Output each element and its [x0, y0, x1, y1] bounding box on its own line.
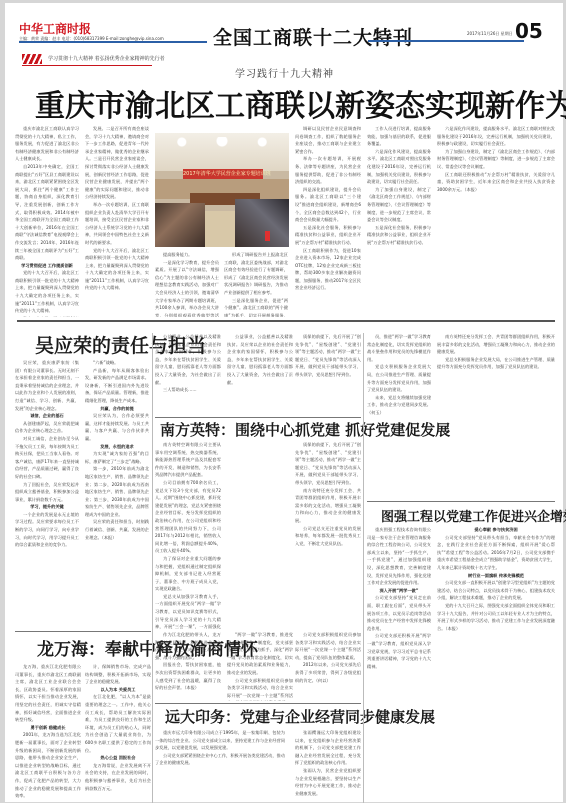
paragraph: 吴应荣的责任和担当，时刻践行着诚信、创新、共赢、发展的企业理念。（本报） [85, 518, 149, 541]
longwanhai-column-1: 龙万海，重庆江北化肥有限公司董事长，重庆市渝北区工商联副主席，渝北区工业企业联合… [15, 663, 81, 798]
subheading: 爱心奉献 参与扶贫济困 [437, 526, 555, 534]
paragraph: 未来，党总支将继续加强党建工作，推动企业与党建同步发展。（何玉） [367, 394, 431, 417]
paragraph: 发布一个文件，区工商联制定印发《关于认真学习宣传贯彻党的十九大精神的通知》，要求… [15, 315, 79, 317]
paragraph: 公司党支部还积极开展“两学一做”学习教育，组织党员深入学习党章党规，学习习近平总… [367, 632, 431, 670]
nanfang-column-2: 质保的前提下，先后开展了“创先争优”、“星级创建”、“党建引领”等主题活动，推动… [295, 441, 361, 631]
subheading: 深入开展“两学一做” [367, 587, 431, 595]
paragraph: 公益事业，公益慈善以及精准扶贫。吴应荣以企业的社会责任和企业家的家国情怀，积极参… [227, 333, 293, 386]
paragraph: 2001年，龙万海当选为江北化肥新一届董事长，面对了企业转型升级的新困局，不断创… [15, 731, 81, 798]
lead-column-3: 提高服务能力。 一是深化学习教育，提升会员素质。开展了以“守法诚信，增强信心”为… [155, 251, 219, 317]
paragraph: “六新”战略。 [85, 359, 149, 367]
article-title-tuqiang: 图强工程以党建工作促进兴企增效 [381, 506, 566, 525]
paragraph: 计，保障销售市场、完成产品结构调整，积极开拓新市场，实现了企业的稳健发展。 [85, 663, 151, 686]
paragraph: 员，推进“两学一做”学习教育常态化制度化，切实发挥党组织的战斗堡垒作用和党员的先… [367, 333, 431, 363]
paragraph: 张雨认为，民营企业党组织要与企业发展相融合，要坚持以生产经营为中心开展党建工作，… [295, 767, 361, 797]
wu-column-2: “六新”战略。 产品新，每年从顾客体验出发，研发新的产品满足市场需求。设备新，不… [85, 359, 149, 629]
column-rule [152, 333, 153, 802]
strap-rule [22, 65, 152, 66]
paragraph: 为了保证对企业重大问题的参与和把握，党组织通过制定组织保障机制，党支部书记进入经… [155, 555, 221, 593]
yuanda-column-2: 张雨樱谨远大印务党组织建设以来，在党组织参与企业经营决策的机制下，公司党支部把党… [295, 729, 361, 797]
paragraph: 龙万海，重庆江北化肥有限公司董事长，重庆市渝北区工商联副主席，渝北区工业企业联合… [15, 663, 81, 724]
paragraph: 重庆市远大印务有限公司成立于1995年，是一家集印刷、包装为一体的综合性企业。公… [155, 729, 285, 752]
nanfang-lead-column: 公益事业，公益慈善以及精准扶贫。吴应荣以企业的社会责任和企业家的家国情怀，积极参… [227, 333, 293, 417]
paragraph: 重庆图强工程技术咨询有限公司是一家专注于企业管理咨询服务的综合性工程咨询公司，公… [367, 526, 431, 587]
paragraph: 举办一次专题培训，开展税务、法律等专题讲座，为民营企业服务提供帮助，促进了非公有… [295, 155, 361, 185]
page-number: 05 [515, 19, 543, 43]
newspaper-page: 中华工商时报 主编：黄荣 责编：赵丰 电话：(010)68317399 E-ma… [5, 3, 563, 802]
paragraph: 在江北化肥，“以人为本”是最重要的理念之一。工作中，他关心员工成长，帮助员工解决… [85, 693, 151, 754]
article-title-longwanhai: 龙万海：奉献中释放渝商情怀 [37, 635, 258, 660]
masthead-rule [19, 41, 207, 43]
paragraph: 吴应荣认为，合作必须要共赢，这样才能持续发展。与员工共赢、与客户共赢、与合作伙伴… [85, 412, 149, 442]
paragraph: 党总支从加强学习教育入手，一方面组织开展党员“两学一做”学习教育，以党员知识竞赛… [155, 593, 221, 631]
paragraph: 五是深化社会服务，积极参与精准扶贫和公益事业，组织企业开展“万企帮万村”精准扶贫… [295, 224, 361, 247]
lead-kicker: 学习践行十九大精神 [235, 65, 334, 80]
paragraph: 对员工诚信，企业创办至今从不拖欠员工工资，每年按期为员工购买社保，把员工当家人看… [15, 435, 79, 481]
section-divider [17, 320, 555, 322]
paragraph: 四是深化组织建设，提升会员服务。渝北区工商联以“三个建设”推进商会组织建设，新增… [295, 186, 361, 224]
paragraph: 形成了调研报告并上报渝北区工商联，渝北区委统战部，对渝北区商会有效经验进行了专题… [224, 251, 288, 297]
tuqiang-column-1: 重庆图强工程技术咨询有限公司是一家专注于企业管理咨询服务的综合性工程咨询公司，公… [367, 526, 431, 796]
paragraph: 六是深化作风建设，提高服务水平。渝北区工商联对照出发服务化建设于2016年设，完… [437, 125, 555, 148]
nanfang-upper-column: 质保的前提下，先后开展了“创先争优”、“星级创建”、“党建引领”等主题活动，推动… [295, 333, 361, 417]
subheading: 学习贯彻促进 工作提质创新 [15, 262, 79, 270]
paper-name: 中华工商时报 [19, 23, 209, 36]
article-divider [367, 501, 555, 502]
paragraph: 发展。二是召开所有商会座谈会，学习十九大精神，邀请商会对下一步工作思路，促进青年… [85, 125, 149, 201]
lead-column-6: 工作人员进行培训，提高服务效能，加强与基层的联系，促进服务覆盖。 六是深化作风建… [367, 125, 431, 317]
paragraph: 党总支积极服务企业发展大局，在公司推进生产管理、质量提升等方面充分发挥党员作用，… [367, 363, 431, 393]
paragraph: 产品新，每年从顾客体验出发，研发新的产品满足市场需求。设备新，不断引进国内外先进… [85, 367, 149, 405]
paragraph: 党的十九大召开之际，图强党支部全面组织全体党员和职工学习十九大报告，并针对公司员… [437, 602, 555, 632]
wu-column-1: 吴应荣，重庆康萨家纺（集团）有限公司董事长。无时无刻不在承担着企业家的责任和担当… [15, 359, 79, 567]
section-title: 全国工商联十二大特刊 [213, 23, 413, 50]
paragraph: 一是深化学习教育，提升会员素质。开展了以“守法诚信，增强信心”为主题的非公有制经… [155, 259, 219, 317]
article-divider [155, 417, 361, 418]
ceiling-lights [155, 137, 289, 147]
paragraph: 第一步，2010年前成为渝北地区家纺生产、销售、品牌领先企业；第二步，2020年… [85, 465, 149, 518]
subheading: 树行业一面旗帜 传承先锋模范 [437, 572, 555, 580]
masthead: 中华工商时报 主编：黄荣 责编：赵丰 电话：(010)68317399 E-ma… [19, 23, 209, 42]
column-rule [363, 333, 364, 802]
paragraph: 公司党总支还注重党员的发展和培养，每年都发展一批优秀员工入党，不断壮大党员队伍。 [295, 525, 361, 548]
paragraph: 调研以及民营企业民意调查和问卷调查工作，组织了数轮服务企业座谈会，推动工商联与企… [295, 125, 361, 155]
subheading: 热心公益 回报社会 [85, 754, 151, 762]
paragraph: 南方英特空调有限公司主要从事车用空调系统、热交换器系统、新能源热管理系统产品及其… [155, 441, 221, 479]
paragraph: 回报社会，帮扶贫困家庭，他多次出资帮扶困难群众，让更多的人感受到了社会的温暖，赢… [155, 661, 221, 691]
article-title-yuanda: 远大印务：党建与企业经营同步健康发展 [165, 706, 435, 727]
nanfang-column-3: 员，推进“两学一做”学习教育常态化制度化，切实发挥党组织的战斗堡垒作用和党员的先… [367, 333, 431, 483]
subheading: 勇于创新 稳健成长 [15, 724, 81, 732]
paragraph: 为了加强自身建设，制定了《渝北区商会工作规范》、《内部财务管理制度》、《会议管理… [437, 148, 555, 171]
paragraph: 质保的前提下，先后开展了“创先争优”、“星级创建”、“党建引领”等主题活动，推动… [295, 333, 361, 379]
article-divider [15, 631, 151, 632]
paragraph: 公司党支部坚持“党员走在前面，职工跟在后面”，党员带头开展各项工作，以党员示范岗… [367, 594, 431, 632]
paragraph: 党的十九大召开后，渝北区工商联积极引领一批党的十九大精神上来，把力量凝聚到深入贯… [15, 269, 79, 315]
tuqiang-mid-column: 公司党支部积极组织党员参加各类学习和实践活动，结合企业实际开展“一次党课一个主题… [295, 631, 361, 701]
longwanhai-column-3: 作为江北化肥的带头人，龙万海坚持党建引领，积极推进企业文化建设，使企业成为一支凝… [155, 631, 221, 701]
audience-left [155, 203, 205, 247]
paragraph: 工作人员进行培训，提高服务效能，加强与基层的联系，促进服务覆盖。 [367, 125, 431, 148]
paragraph: 党总支积极服务企业发展大局，在公司推进生产管理、质量提升等方面充分发挥党员作用，… [437, 356, 555, 371]
paragraph: 作为江北化肥的带头人，龙万海坚持党建引领，积极推进企业文化建设，使企业成为一支凝… [155, 631, 221, 661]
lead-photo: 2017年清华大学民营企业家专题培训班 [155, 133, 289, 247]
subheading: 以人为本 关爱员工 [85, 686, 151, 694]
paragraph: 自2013年中央确定，全国工商联提出“五好”区县工商联建设以来，渝北区工商联紧紧… [15, 163, 79, 262]
paragraph: 吴应荣，重庆康萨家纺（集团）有限公司董事长。无时无刻不在承担着企业家的责任和担当… [15, 359, 79, 412]
water-bottle [265, 231, 270, 241]
paragraph: 质保的前提下，先后开展了“创先争优”、“星级创建”、“党建引领”等主题活动，推动… [295, 441, 361, 487]
nanfang-column-1: 南方英特空调有限公司主要从事车用空调系统、热交换器系统、新能源热管理系统产品及其… [155, 441, 221, 631]
photo-banner: 2017年清华大学民营企业家专题培训班 [183, 169, 263, 179]
red-stripes-decoration [22, 54, 42, 64]
paragraph: 三是深化服务企业，促进“两个健康”。渝北区工商联的“两个健康”为抓手，切实开展税… [224, 297, 288, 317]
paragraph: 公司党支部坚持“党员带头有担当，奉献社会有作为”的理念，在践行企业社会责任方面不… [437, 534, 555, 572]
subheading: 学习，提升的关键 [15, 503, 79, 511]
paragraph: 区工商联积极作为，促进10家企业进入资本市场，12家企业完成OTC挂牌，12家企… [295, 247, 361, 293]
subheading: 诚信，企业的基石 [15, 412, 79, 420]
paragraph: 龙万海常说，企业发展离不开社会的支持，在企业发展的同时，他积极参与慈善事业，先后… [85, 762, 151, 792]
paragraph: 三人帮助成长…… [155, 386, 221, 394]
paragraph: 南方英特还充分发挥工会、共青团等群团组织作用，积极开展丰富多彩的文化活动，增强员… [437, 333, 555, 356]
paragraph: 公司党支部积极组织党员参加各类学习和实践活动，结合企业实际开展“一次党课一个主题… [295, 631, 361, 661]
paragraph: 公司党支部一直积极开展以“创建学习型党组织”为主题的党建活动，结合公司特点，以党… [437, 579, 555, 602]
paragraph: 从创建康萨起，吴应荣就把诚信作为企业核心理念之首。 [15, 420, 79, 435]
paragraph: 2012年以来，公司党支部先后获得了多项荣誉，得到了各级党组织的肯定。（何以） [295, 661, 361, 684]
lead-headline: 重庆市渝北区工商联以新姿态实现新作为 [35, 81, 535, 125]
paragraph: 为实现“诚为家纺百强”的目标，康萨制定了“三步走”战略。 [85, 450, 149, 465]
longwanhai-column-2: 计，保障销售市场、完成产品结构调整，积极开拓新市场，实现了企业的稳健发展。 以人… [85, 663, 151, 798]
lead-column-1: 重庆市渝北区工商联认真学习贯彻党的十九大精神，私立工作，服务发展，有力促进了渝北… [15, 125, 79, 317]
yuanda-column-1: 重庆市远大印务有限公司成立于1995年，是一家集印刷、包装为一体的综合性企业。公… [155, 729, 285, 797]
paragraph: 一个企业的发展是永无止境的学习过程。吴应荣要求每位员工不断的学习，向同行学习，向… [15, 511, 79, 549]
title-rule [368, 40, 524, 42]
lead-column-7: 六是深化作风建设，提高服务水平。渝北区工商联对照出发服务化建设于2016年设，完… [437, 125, 555, 317]
paragraph: 举办一次专题培训，区工商联组织企业负责人赴清华大学召开专题培训，接受全区民营企业… [85, 201, 149, 247]
paragraph: 为了回报社会，吴应荣发起并组织成立慈善基金，积极参加公益事业，累计捐款数千万元。 [15, 481, 79, 504]
paragraph: 公司目前拥有700余名员工，党总支下设3个党支部，有党员72人。近期“围绕中心抓… [155, 479, 221, 555]
tuqiang-column-2: 爱心奉献 参与扶贫济困 公司党支部坚持“党员带头有担当，奉献社会有作为”的理念，… [437, 526, 555, 796]
subheading: 发展，永恒的追求 [85, 443, 149, 451]
paragraph: 南方英特还充分发挥工会、共青团等群团组织作用，积极开展丰富多彩的文化活动，增强员… [295, 487, 361, 525]
paragraph: 公司党支部紧紧围绕企业中心工作，积极开展各类党建活动，推动了企业的健康发展。 [155, 752, 285, 767]
subheading: 共赢，合作的前提 [85, 405, 149, 413]
column-strap: 学习贯彻十九大精神 着弘扬优秀企业家精神的先行者 [48, 55, 165, 62]
paragraph: 公益事业，公益慈善以及精准扶贫。吴应荣以企业的社会责任和企业家的家国情怀，积极参… [155, 333, 221, 386]
article-divider [155, 703, 361, 704]
paragraph: 重庆市渝北区工商联认真学习贯彻党的十九大精神，私立工作，服务发展，有力促进了渝北… [15, 125, 79, 163]
paragraph: 提高服务能力。 [155, 251, 219, 259]
lead-column-5: 调研以及民营企业民意调查和问卷调查工作，组织了数轮服务企业座谈会，推动工商联与企… [295, 125, 361, 317]
lead-column-4: 形成了调研报告并上报渝北区工商联，渝北区委统战部，对渝北区商会有效经验进行了专题… [224, 251, 288, 317]
issue-date: 2017年11月26日 星期日 [467, 31, 513, 37]
audience-right [235, 199, 289, 247]
paragraph: 区工商联还积极推动“万企帮万村”精准扶贫，关爱留守儿童，资助贫困学生，近年来全区… [437, 171, 555, 194]
paragraph: 五是深化社会服务，积极参与精准扶贫和公益事业，组织企业开展“万企帮万村”精准扶贫… [367, 224, 431, 247]
wu-column-3: 公益事业，公益慈善以及精准扶贫。吴应荣以企业的社会责任和企业家的家国情怀，积极参… [155, 333, 221, 417]
lead-column-2: 发展。二是召开所有商会座谈会，学习十九大精神，邀请商会对下一步工作思路，促进青年… [85, 125, 149, 317]
paragraph: 党的十九大召开后，渝北区工商联积极引领一批党的十九大精神上来，把力量凝聚到深入贯… [85, 247, 149, 293]
nanfang-column-4: 南方英特还充分发挥工会、共青团等群团组织作用，积极开展丰富多彩的文化活动，增强员… [437, 333, 555, 483]
paragraph: 六是深化作风建设，提高服务水平。渝北区工商联对照出发服务化建设于2016年设，完… [367, 148, 431, 186]
paragraph: 张雨樱谨远大印务党组织建设以来，在党组织参与企业经营决策的机制下，公司党支部把党… [295, 729, 361, 767]
paragraph: 公司党支部积极组织党员参加各类学习和实践活动，结合企业实际开展“一次党课一个主题… [227, 677, 293, 701]
paragraph: 为了加强自身建设，制定了《渝北区商会工作规范》、《内部财务管理制度》、《会议管理… [367, 186, 431, 224]
